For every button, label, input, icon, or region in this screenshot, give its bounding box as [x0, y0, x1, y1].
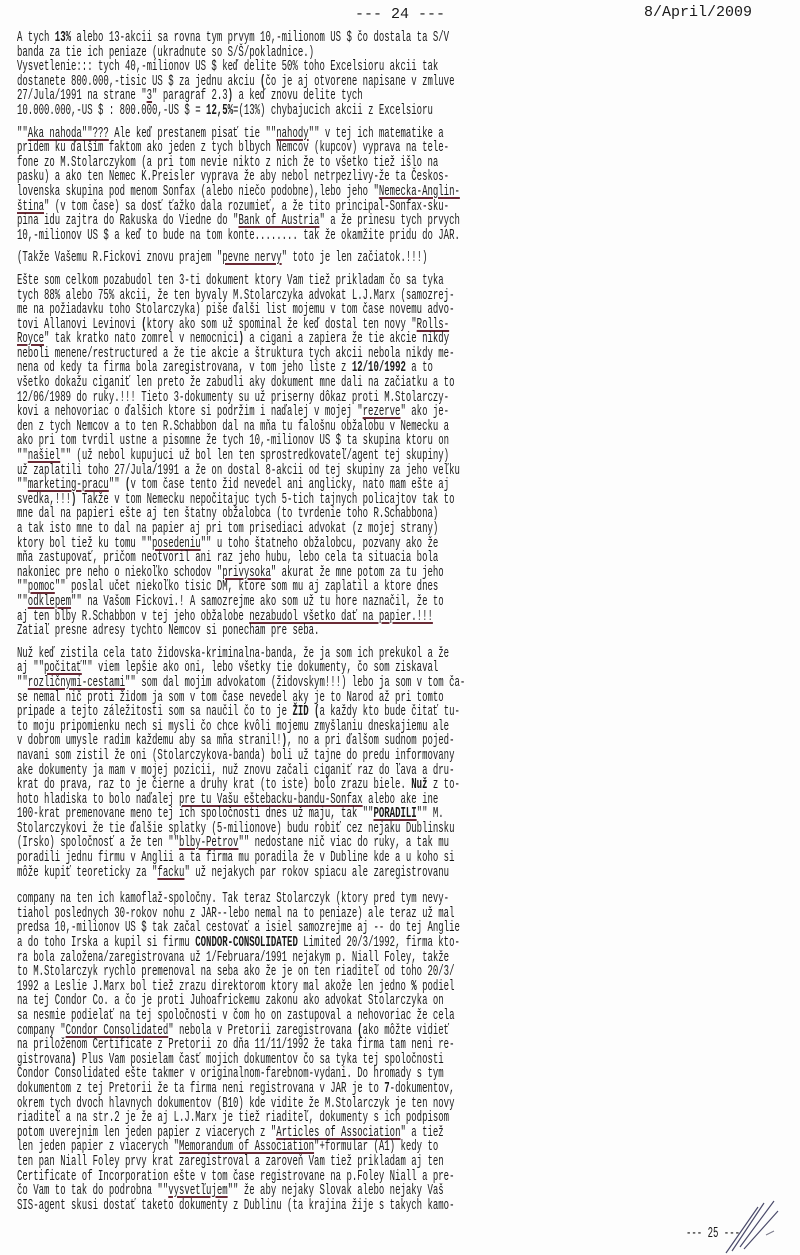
text-line: SIS-agent skusi dostať taketo dokumenty … — [17, 1199, 797, 1214]
underlined-text: facku — [157, 864, 184, 881]
paragraph: (Takže Vašemu R.Fickovi znovu prajem "pe… — [17, 251, 800, 266]
document-date: 8/April/2009 — [644, 4, 752, 21]
text-run: 10.000.000,-US $ : 800.000,-US $ = — [17, 102, 206, 119]
text-run: SIS-agent skusi dostať taketo dokumenty … — [17, 1197, 454, 1214]
text-line: 10.000.000,-US $ : 800.000,-US $ = 12,5%… — [17, 104, 797, 119]
text-run: =(13%) chybajucich akcii z Excelsioru — [233, 102, 433, 119]
text-line: 10,-milionov US $ a keď to bude na tom k… — [17, 229, 797, 244]
signature-icon — [718, 1195, 788, 1255]
text-line: Zatiaľ presne adresy tychto Nemcov si po… — [17, 624, 797, 639]
document-page: --- 24 --- 8/April/2009 A tych 13% alebo… — [0, 0, 800, 1255]
document-body: A tych 13% alebo 13-akcii sa rovna tym p… — [17, 31, 800, 1213]
bold-text: 12,5% — [206, 102, 233, 119]
paragraph: company na ten ich kamoflaž-spoločny. Ta… — [17, 892, 800, 1213]
paragraph: ""Aka nahoda""??? Ale keď prestanem pisa… — [17, 127, 800, 244]
paragraph: A tych 13% alebo 13-akcii sa rovna tym p… — [17, 31, 800, 119]
paragraph: Ešte som celkom pozabudol ten 3-ti dokum… — [17, 274, 800, 639]
text-run: " toto je len začiatok.!!!) — [282, 249, 428, 266]
text-line: (Takže Vašemu R.Fickovi znovu prajem "pe… — [17, 251, 797, 266]
text-run: Zatiaľ presne adresy tychto Nemcov si po… — [17, 622, 319, 639]
text-line: môže kupiť teoreticky za "facku" už neja… — [17, 866, 797, 881]
underlined-text: pevne nervy — [222, 249, 281, 266]
text-run: (Takže Vašemu R.Fickovi znovu prajem " — [17, 249, 222, 266]
text-run: môže kupiť teoreticky za " — [17, 864, 157, 881]
paragraph: Nuž keď zistila cela tato židovska-krimi… — [17, 647, 800, 881]
text-run: 10,-milionov US $ a keď to bude na tom k… — [17, 227, 460, 244]
text-run: " už nejakych par rokov spiacu ale zareg… — [184, 864, 449, 881]
